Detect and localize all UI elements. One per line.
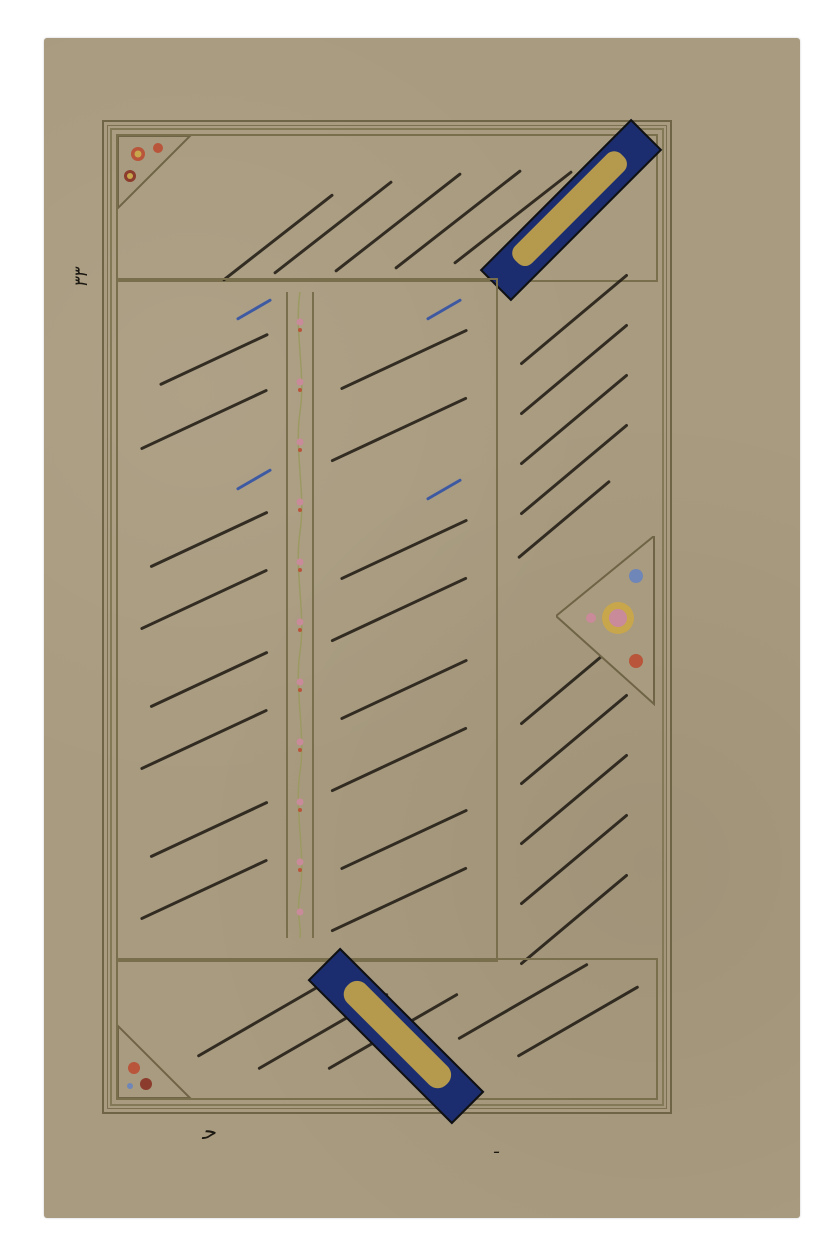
manuscript-page: diagonal verses, top margin gold cartouc…	[44, 38, 800, 1218]
catchword: ﺣ	[202, 1120, 216, 1145]
vine-column-divider: floral vine column divider	[286, 292, 314, 938]
floral-corner-ornament-icon	[118, 1018, 198, 1098]
bottom-mark: ـ	[494, 1138, 499, 1157]
floral-corner-ornament-icon	[118, 136, 198, 216]
floral-vine-icon	[292, 292, 308, 938]
floral-side-ornament-icon	[556, 536, 656, 706]
folio-notation: ٣٣	[71, 269, 92, 288]
